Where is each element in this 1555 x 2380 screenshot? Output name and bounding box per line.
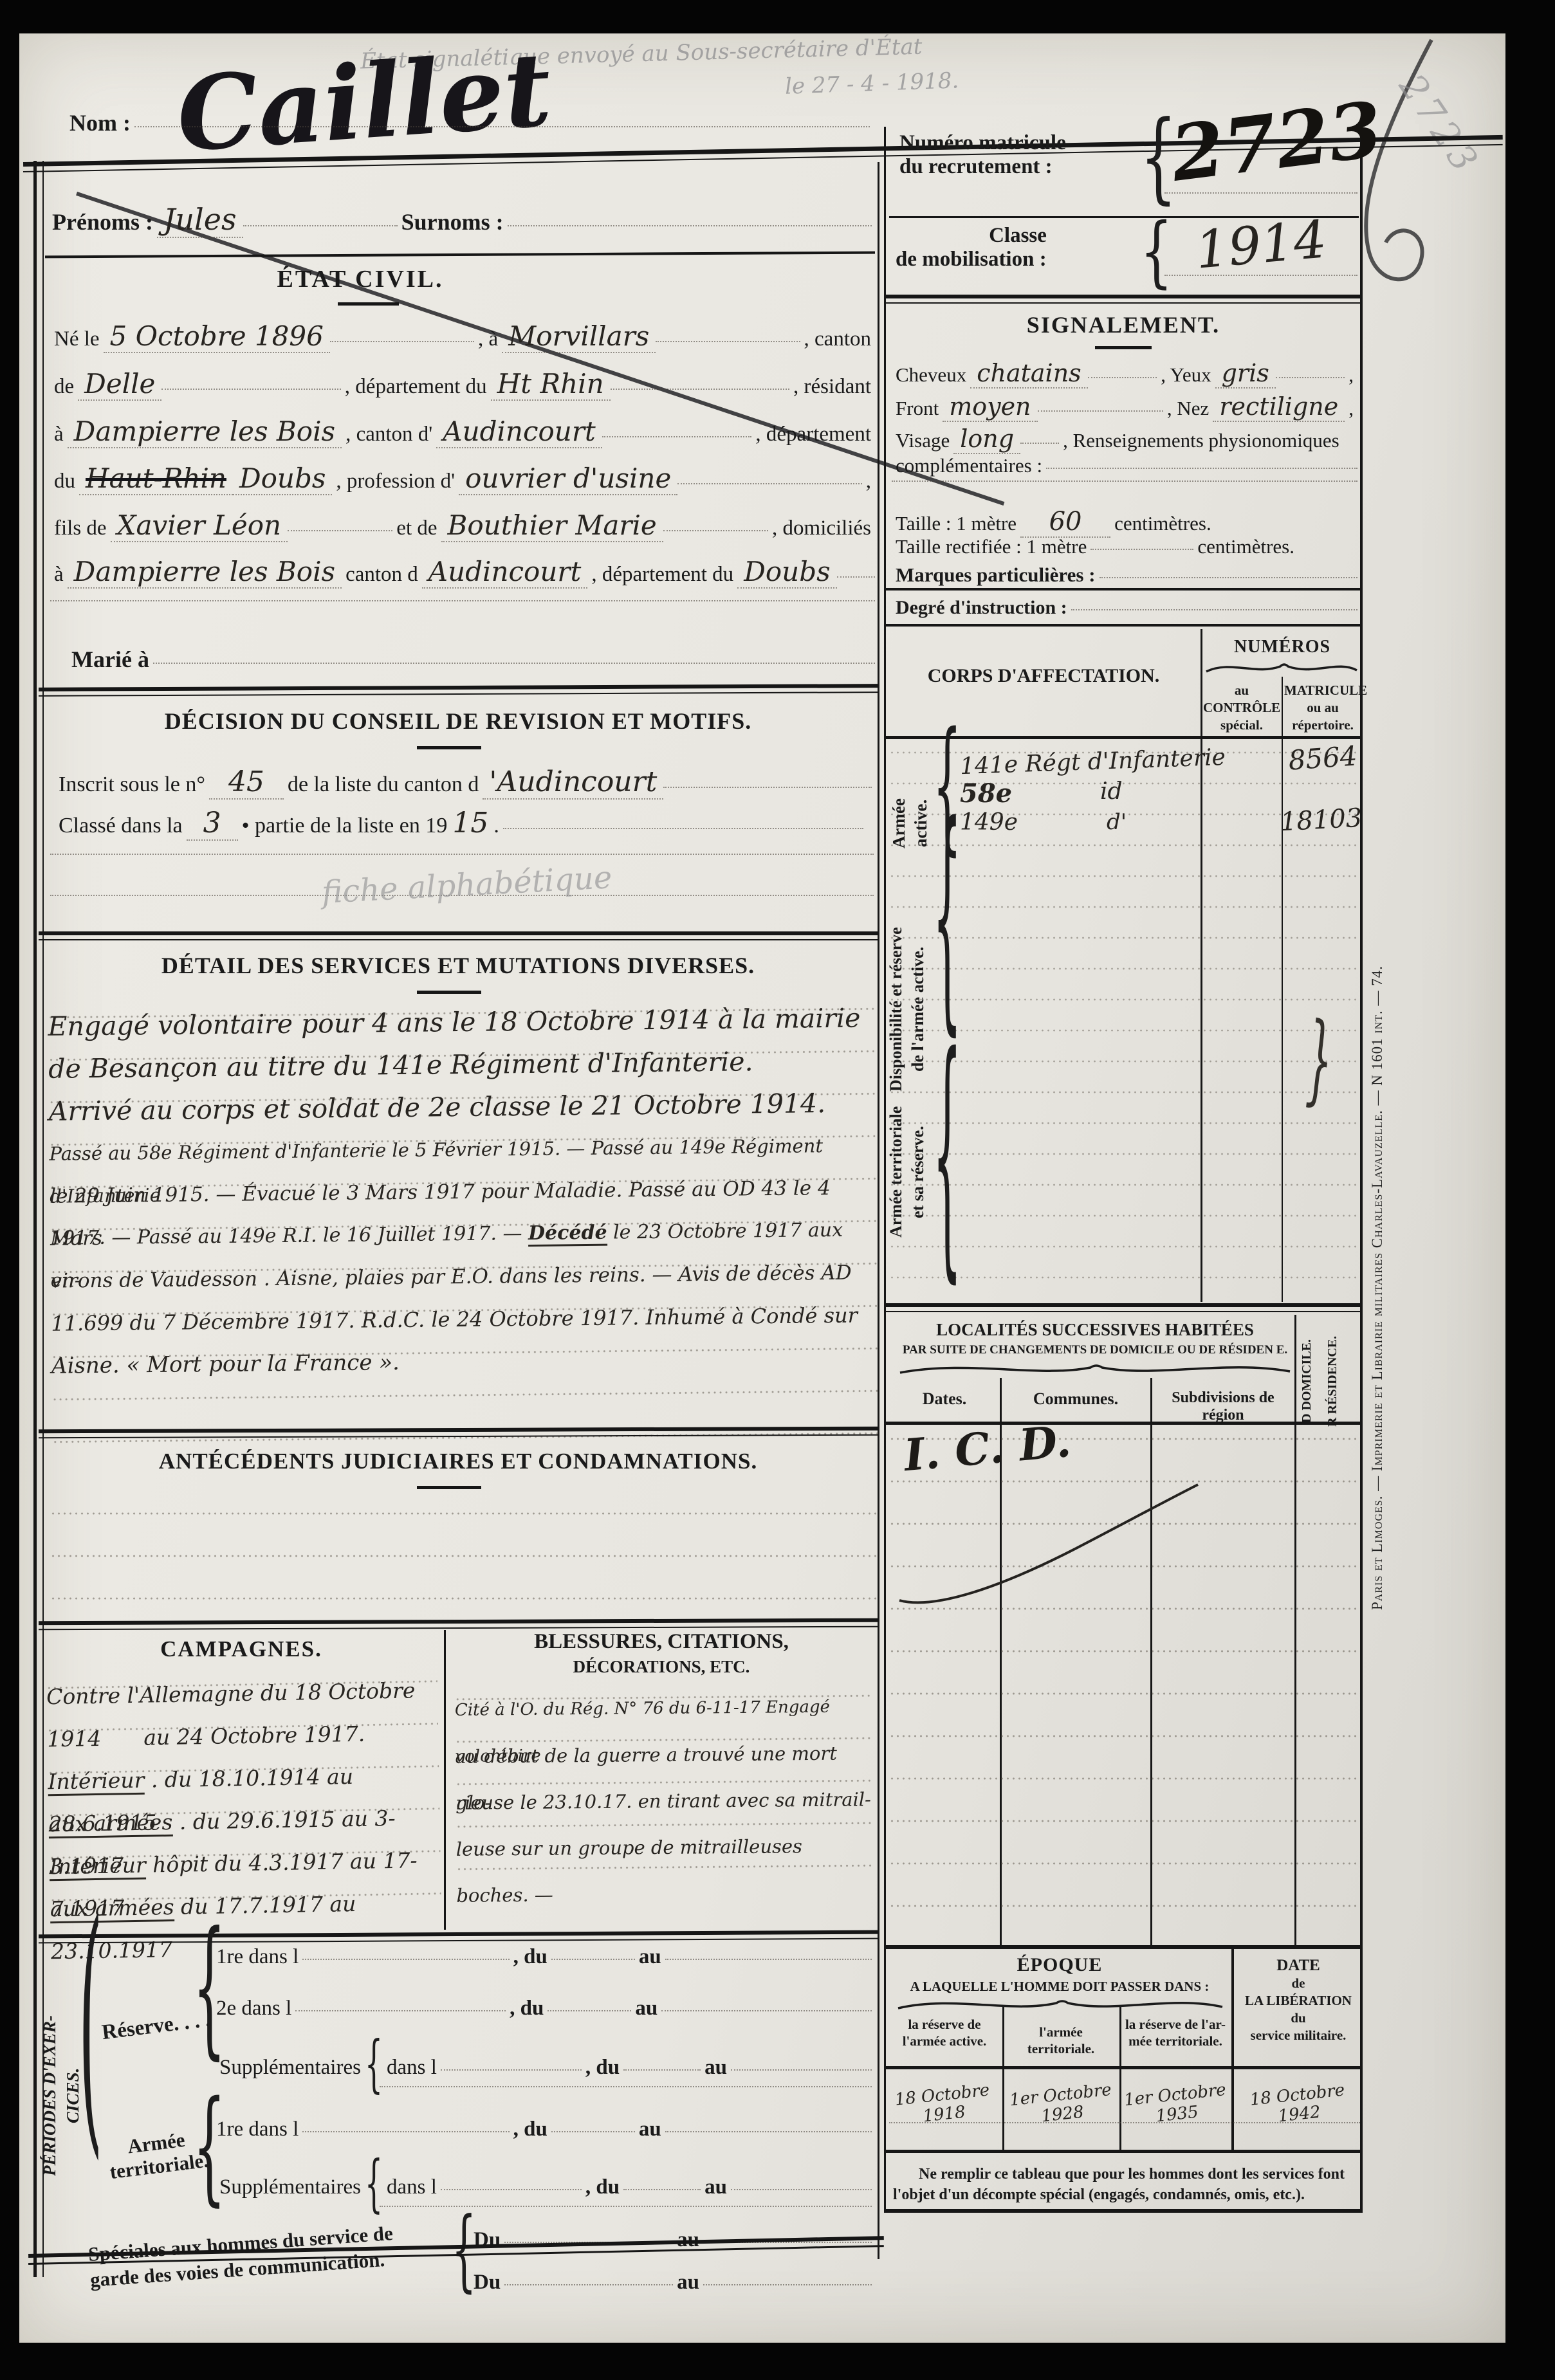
annee-liste-value: 15 <box>451 807 490 839</box>
service-militaire-word: service militaire. <box>1251 2028 1347 2043</box>
blessures-title-line1: BLESSURES, CITATIONS, <box>446 1630 877 1654</box>
campagne-line: Intérieur . du 18.10.1914 au 28.6.1915 <box>48 1754 439 1804</box>
dans-l-label: dans l <box>383 2175 441 2199</box>
dotted-fill <box>1088 377 1157 378</box>
complementaires-row: complémentaires : <box>892 454 1357 477</box>
residence-canton-value: Audincourt <box>436 416 602 448</box>
period: . <box>490 814 503 838</box>
departement-struck-value: Haut-Rhin <box>79 462 233 495</box>
departement-du-label: , département du <box>587 563 737 587</box>
icd-flourish <box>894 1481 1203 1609</box>
recrutement-bottom-heavy <box>884 295 1363 298</box>
fils-de-label: fils de <box>50 517 111 540</box>
dotted-fill <box>551 2131 635 2132</box>
marques-label: Marques particulières : <box>892 563 1100 587</box>
dotted-fill <box>441 2189 582 2190</box>
localites-header-underline <box>884 1422 1363 1425</box>
dotted-fill <box>663 787 872 788</box>
dotted-fill <box>623 2189 701 2190</box>
antecedents-title-rule <box>417 1486 481 1489</box>
services-title-rule <box>417 991 481 994</box>
dotted-fill <box>611 389 789 390</box>
divider-decision-services-thin <box>39 939 878 940</box>
classe-label-2: de mobilisation : <box>896 248 1166 271</box>
dotted-fill <box>1038 410 1163 412</box>
liste-canton-label: de la liste du canton d <box>284 773 483 797</box>
epoque-note: Ne remplir ce tableau que pour les homme… <box>893 2164 1359 2205</box>
campagne-line: aux armées . du 29.6.1915 au 3-3.1917 <box>48 1797 440 1846</box>
dotted-fill <box>551 1959 635 1960</box>
comma: , <box>862 470 875 493</box>
matricule-header: MATRICULE ou au répertoire. <box>1284 682 1361 734</box>
du-label: , du <box>506 1997 547 2020</box>
dotted-fill <box>302 1959 509 1960</box>
signalement-bottom-rule <box>884 588 1363 590</box>
deuxieme-dans-label: 2e dans l <box>212 1997 295 2020</box>
domicilies-label: , domiciliés <box>768 517 875 540</box>
numeros-brace-squiggle <box>1204 661 1359 675</box>
corps-bottom-thin <box>884 1311 1363 1312</box>
campagnes-title: CAMPAGNES. <box>39 1636 444 1662</box>
territoriale-reserve-brace: { <box>933 1000 962 1306</box>
speciales-row-2: Du au <box>470 2271 872 2294</box>
canton-label: , canton <box>800 327 875 351</box>
prenoms-dotted <box>243 225 398 226</box>
matricule-word-3: répertoire. <box>1292 717 1354 733</box>
corps-row-149: 149e <box>960 809 1018 836</box>
degre-bottom-rule <box>884 624 1363 627</box>
visage-label: Visage <box>892 429 953 452</box>
marie-label: Marié à <box>68 646 153 673</box>
cheveux-label: Cheveux <box>892 363 970 387</box>
numero-matricule-block: Numéro matricule du recrutement : <box>896 131 1166 179</box>
communes-header: Communes. <box>1002 1389 1150 1409</box>
divider-etat-decision-heavy <box>39 684 878 691</box>
right-box-left-border <box>884 127 886 2211</box>
subdivisions-header: Subdivisions de région <box>1152 1389 1294 1424</box>
military-register-sheet: État signalétique envoyé au Sous-secréta… <box>0 0 1555 2380</box>
right-box-right-border <box>1360 127 1363 2211</box>
du-label: , du <box>510 2118 551 2141</box>
premiere-dans-label: 1re dans l <box>212 1945 302 1969</box>
parents-canton-value: Audincourt <box>422 556 588 589</box>
mother-name-value: Bouthier Marie <box>441 509 663 542</box>
yeux-label: , Yeux <box>1157 363 1215 387</box>
epoque-brace-squiggle <box>896 1998 1225 2012</box>
services-line: Aisne. « Mort pour la France ». <box>51 1336 878 1387</box>
etat-line-4: du Haut-Rhin Doubs , profession d' ouvri… <box>50 462 875 495</box>
etat-line-6: à Dampierre les Bois canton d Audincourt… <box>50 556 875 589</box>
localites-title: LOCALITÉS SUCCESSIVES HABITÉES <box>889 1320 1301 1340</box>
numero-matricule-label-2: du recrutement : <box>896 155 1056 179</box>
dotted-fill <box>288 530 392 531</box>
dotted-fill <box>623 2069 701 2071</box>
du-label: , du <box>510 1945 551 1969</box>
departement-label: , département <box>751 423 875 446</box>
dotted-fill <box>656 341 800 342</box>
epoque-col2-divider <box>1119 2007 1121 2150</box>
au-label: au <box>635 1945 665 1969</box>
decision-title: DÉCISION DU CONSEIL DE REVISION ET MOTIF… <box>39 708 878 735</box>
front-value: moyen <box>943 392 1037 422</box>
matricule-word-1: MATRICULE <box>1284 682 1367 698</box>
taille-rectifiee-label: Taille rectifiée : 1 mètre <box>892 535 1090 558</box>
corps-row-149-ditto: d' <box>1107 809 1127 835</box>
birth-canton-value: Delle <box>78 368 161 401</box>
decision-title-rule <box>417 746 481 749</box>
du-label: , du <box>582 2175 623 2199</box>
etat-line-1: Né le 5 Octobre 1896 , à Morvillars , ca… <box>50 320 875 353</box>
residence-value: Dampierre les Bois <box>68 416 342 448</box>
et-de-label: et de <box>392 517 441 540</box>
cheveux-value: chatains <box>970 359 1087 389</box>
epoque-col3-header: la réserve de l'ar- mée territoriale. <box>1122 2016 1229 2049</box>
de-label: de <box>50 375 78 399</box>
territoriale-suppl-row: Supplémentaires { dans l , du au <box>216 2168 872 2201</box>
dotted-fill <box>441 2069 582 2071</box>
dotted-fill <box>837 576 875 578</box>
blessure-line: au début de la guerre a trouvé une mort … <box>455 1730 872 1780</box>
matricule-word-2: ou au <box>1307 700 1339 715</box>
controle-word-2: CONTRÔLE <box>1203 700 1280 715</box>
au-label: au <box>701 2175 731 2199</box>
classe-partie-value: 3 <box>187 807 238 841</box>
campagne-line: aux armées du 17.7.1917 au 23.10.1917 <box>50 1881 441 1931</box>
liberation-header: DATE de LA LIBÉRATION du service militai… <box>1235 1957 1361 2044</box>
father-name-value: Xavier Léon <box>111 509 288 542</box>
partie-liste-label: • partie de la liste en 19 <box>238 814 452 838</box>
degre-instruction-row: Degré d'instruction : <box>892 597 1357 619</box>
epoque-values-dotted <box>889 2125 1360 2127</box>
blessure-line: rieuse le 23.10.17. en tirant avec sa mi… <box>455 1776 873 1826</box>
centimetres-label: centimètres. <box>1193 535 1298 558</box>
signalement-blank <box>892 484 1357 485</box>
blessures-text-block: Cité à l'O. du Rég. N° 76 du 6-11-17 Eng… <box>455 1683 874 1899</box>
divider-etat-decision-thin <box>39 691 878 697</box>
profession-label: , profession d' <box>332 470 459 493</box>
classe-label-1: Classe <box>896 224 1140 248</box>
corps-row-58-ditto: id <box>1100 778 1123 805</box>
classe-liste-row: Classé dans la 3 • partie de la liste en… <box>55 807 872 841</box>
du-label: Du <box>470 2271 504 2294</box>
birth-departement-value: Ht Rhin <box>491 368 611 401</box>
supplementaires-label: Supplémentaires <box>216 2056 365 2080</box>
birth-date-value: 5 Octobre 1896 <box>104 320 330 353</box>
etat-blank-line <box>50 603 875 605</box>
dotted-fill <box>703 2284 872 2285</box>
date-word: DATE <box>1276 1957 1320 1974</box>
decision-blank-1 <box>50 857 874 858</box>
inscrit-number-value: 45 <box>209 765 284 800</box>
outer-left-border-heavy <box>33 161 37 2277</box>
reserve-suppl-blank <box>380 2089 872 2091</box>
du-label: , du <box>582 2056 623 2080</box>
dotted-fill <box>665 1959 872 1960</box>
canton-d-label: canton d <box>342 563 422 587</box>
marques-row: Marques particulières : <box>892 563 1357 587</box>
surnoms-label: Surnoms : <box>398 208 508 235</box>
dotted-fill <box>731 2189 872 2190</box>
periodes-side-label-1: PÉRIODES D'EXER- <box>40 1961 60 2231</box>
visage-row: Visage long , Renseignements physionomiq… <box>892 425 1357 454</box>
services-text-block: Engagé volontaire pour 4 ans le 18 Octob… <box>48 996 879 1481</box>
au-label: au <box>631 1997 661 2020</box>
territoriale-row-1: 1re dans l , du au <box>212 2118 872 2141</box>
ne-le-label: Né le <box>50 327 104 351</box>
taille-row: Taille : 1 mètre 60 centimètres. <box>892 507 1357 538</box>
comma: , <box>1345 397 1357 420</box>
dotted-fill <box>663 530 768 531</box>
supplementaires-label: Supplémentaires <box>216 2175 365 2199</box>
reserve-row-2: 2e dans l , du au <box>212 1997 872 2020</box>
campagne-line: au 24 Octobre 1917. <box>47 1712 439 1761</box>
dotted-fill <box>665 2131 872 2132</box>
epoque-header-underline <box>884 2066 1363 2069</box>
parents-departement-value: Doubs <box>737 556 836 589</box>
campagne-line: Contre l'Allemagne du 18 Octobre 1914 <box>46 1669 438 1719</box>
numero-dotted <box>1164 196 1357 197</box>
taille-rectifiee-row: Taille rectifiée : 1 mètre centimètres. <box>892 535 1357 558</box>
center-divider-heavy <box>878 162 879 2259</box>
departement-label: , département du <box>341 375 491 399</box>
services-title: DÉTAIL DES SERVICES ET MUTATIONS DIVERSE… <box>39 952 878 979</box>
dotted-fill <box>504 2284 673 2285</box>
dotted-fill <box>161 389 340 390</box>
epoque-col1-divider <box>1002 2007 1004 2150</box>
nom-label: Nom : <box>66 109 134 136</box>
dotted-fill <box>503 828 863 829</box>
periodes-outer-brace: ( <box>78 1867 102 2184</box>
prenoms-value: Jules <box>157 202 243 238</box>
localites-subtitle: PAR SUITE DE CHANGEMENTS DE DOMICILE OU … <box>889 1343 1301 1357</box>
cheveux-row: Cheveux chatains , Yeux gris , <box>892 359 1357 389</box>
epoque-col2-header: l'armée territoriale. <box>1005 2024 1117 2057</box>
surnoms-dotted <box>508 225 872 226</box>
note-line-1: Ne remplir ce tableau que pour les homme… <box>893 2166 1345 2183</box>
territoriale-reserve-label-2: et sa réserve. <box>908 1037 928 1307</box>
matricule-149-value: 18103 <box>1280 803 1362 838</box>
epoque-col3-divider <box>1231 1946 1234 2150</box>
deceased-word: Décédé <box>528 1222 607 1247</box>
dotted-fill <box>153 663 875 664</box>
inscrit-label: Inscrit sous le n° <box>55 773 209 797</box>
dates-header: Dates. <box>889 1389 1000 1409</box>
divider-decision-services-heavy <box>39 931 878 935</box>
visage-value: long <box>953 425 1020 454</box>
outer-left-border-thin <box>42 161 44 2277</box>
a-label: à <box>50 563 68 587</box>
prenoms-label: Prénoms : <box>48 208 157 235</box>
controle-word-1: au <box>1235 682 1249 698</box>
epoque-col1-header: la réserve de l'armée active. <box>889 2016 1000 2049</box>
dotted-fill <box>661 2010 872 2011</box>
pencil-top-note-line2: le 27 - 4 - 1918. <box>784 68 959 99</box>
corps-row-58: 58e <box>960 778 1012 809</box>
dotted-fill <box>1020 443 1059 444</box>
liste-canton-value: 'Audincourt <box>483 765 663 800</box>
complementaires-label: complémentaires : <box>892 454 1046 477</box>
dotted-fill <box>602 436 752 437</box>
liberation-word: LA LIBÉRATION <box>1245 1993 1352 2008</box>
numeros-header: NUMÉROS <box>1203 637 1361 657</box>
comma: , <box>1345 363 1357 387</box>
dotted-fill <box>295 2010 506 2011</box>
divider-antecedents-campagnes-heavy <box>39 1618 878 1625</box>
dotted-fill <box>1046 468 1357 469</box>
classe-brace: { <box>1140 206 1173 297</box>
canton-d-label: , canton d' <box>342 423 436 446</box>
recrutement-bottom-thin <box>884 302 1363 304</box>
inscrit-row: Inscrit sous le n° 45 de la liste du can… <box>55 765 872 800</box>
centimetres-label: centimètres. <box>1110 512 1215 535</box>
signalement-title: SIGNALEMENT. <box>884 311 1363 338</box>
etat-civil-title-rule <box>338 302 399 306</box>
nom-row: Nom : <box>66 109 870 136</box>
reserve-suppl-row: Supplémentaires { dans l , du au <box>216 2048 872 2081</box>
epoque-values-bottom <box>884 2150 1363 2153</box>
etat-line-3: à Dampierre les Bois , canton d' Audinco… <box>50 416 875 448</box>
classe-block: Classe de mobilisation : <box>896 224 1166 271</box>
residence-departement-value: Doubs <box>233 462 332 495</box>
controle-word-3: spécial. <box>1220 717 1263 733</box>
front-row: Front moyen , Nez rectiligne , <box>892 392 1357 422</box>
printer-imprint: Paris et Limoges. — Imprimerie et Librai… <box>1369 484 1386 2092</box>
blessure-line: Cité à l'O. du Rég. N° 76 du 6-11-17 Eng… <box>455 1683 872 1734</box>
etat-line-2: de Delle , département du Ht Rhin , rési… <box>50 368 875 401</box>
taille-value: 60 <box>1020 507 1110 538</box>
residant-label: , résidant <box>789 375 875 399</box>
a-label: à <box>50 423 68 446</box>
renseignements-label: , Renseignements physionomiques <box>1059 429 1343 452</box>
dotted-fill <box>1071 609 1357 610</box>
marie-row: Marié à <box>68 646 875 673</box>
dotted-fill <box>731 2069 872 2071</box>
nom-dotted-line <box>134 126 870 127</box>
reserve-row-1: 1re dans l , du au <box>212 1945 872 1969</box>
dotted-fill <box>50 600 875 601</box>
matricule-141-value: 8564 <box>1283 740 1362 776</box>
dotted-fill <box>302 2131 509 2132</box>
classe-dotted <box>1164 278 1357 279</box>
dans-l-label: dans l <box>383 2056 441 2080</box>
antecedents-title: ANTÉCÉDENTS JUDICIAIRES ET CONDAMNATIONS… <box>39 1449 878 1474</box>
handwritten-close-brace: } <box>1304 1002 1334 1120</box>
front-label: Front <box>892 397 943 420</box>
blessures-title-line2: DÉCORATIONS, ETC. <box>446 1657 877 1677</box>
au-label: au <box>701 2056 731 2080</box>
corps-affectation-header: CORPS D'AFFECTATION. <box>889 665 1198 687</box>
a-label: , à <box>474 327 502 351</box>
dotted-fill <box>1090 549 1193 550</box>
dotted-fill <box>677 483 861 484</box>
au-label: au <box>673 2271 703 2294</box>
profession-value: ouvrier d'usine <box>459 462 677 495</box>
localites-brace-squiggle <box>897 1362 1293 1377</box>
campagne-line: Intérieur hôpit du 4.3.1917 au 17-7.1917 <box>49 1839 441 1889</box>
du-label: du <box>50 470 79 493</box>
epoque-title: ÉPOQUE <box>889 1954 1230 1976</box>
au-label: au <box>635 2118 665 2141</box>
dotted-fill <box>1276 377 1345 378</box>
premiere-dans-label: 1re dans l <box>212 2118 302 2141</box>
territoriale-reserve-label-1: Armée territoriale <box>887 1037 906 1307</box>
epoque-subtitle: A LAQUELLE L'HOMME DOIT PASSER DANS : <box>889 1979 1230 1995</box>
epoque-top-heavy <box>884 1945 1363 1949</box>
parents-residence-value: Dampierre les Bois <box>68 556 342 589</box>
dotted-fill <box>547 2010 631 2011</box>
degre-instruction-label: Degré d'instruction : <box>892 597 1071 619</box>
right-box-bottom-heavy <box>884 2209 1363 2213</box>
identity-bottom-rule <box>45 252 875 259</box>
dotted-fill <box>1100 577 1357 578</box>
paper-sheet: État signalétique envoyé au Sous-secréta… <box>19 33 1505 2343</box>
numero-matricule-label-1: Numéro matricule <box>896 131 1070 155</box>
corps-bottom-heavy <box>884 1303 1363 1307</box>
classe-dans-label: Classé dans la <box>55 814 187 838</box>
taille-label: Taille : 1 mètre <box>892 512 1020 535</box>
campagnes-text-block: Contre l'Allemagne du 18 Octobre 1914 au… <box>46 1669 442 1934</box>
etat-line-5: fils de Xavier Léon et de Bouthier Marie… <box>50 509 875 542</box>
yeux-value: gris <box>1215 359 1276 389</box>
nez-value: rectiligne <box>1213 392 1345 422</box>
etat-civil-title: ÉTAT CIVIL. <box>193 265 528 293</box>
de-word: de <box>1292 1975 1305 1991</box>
nez-label: , Nez <box>1163 397 1213 420</box>
prenoms-surnoms-row: Prénoms : Jules Surnoms : <box>48 202 872 238</box>
controle-header: au CONTRÔLE spécial. <box>1203 682 1280 734</box>
du-word: du <box>1291 2010 1305 2026</box>
dotted-fill <box>330 341 474 342</box>
services-line: 11.699 du 7 Décembre 1917. R.d.C. le 24 … <box>51 1294 878 1344</box>
signalement-title-rule <box>1095 346 1152 349</box>
blessure-line: leuse sur un groupe de mitrailleuses boc… <box>455 1822 873 1872</box>
antecedents-blank-area <box>50 1501 876 1616</box>
reserve-brace: { <box>193 1900 226 2074</box>
pencil-fiche-note: fiche alphabétique <box>321 859 613 911</box>
note-line-2: l'objet d'un décompte spécial (engagés, … <box>893 2186 1305 2203</box>
birth-place-value: Morvillars <box>502 320 656 353</box>
